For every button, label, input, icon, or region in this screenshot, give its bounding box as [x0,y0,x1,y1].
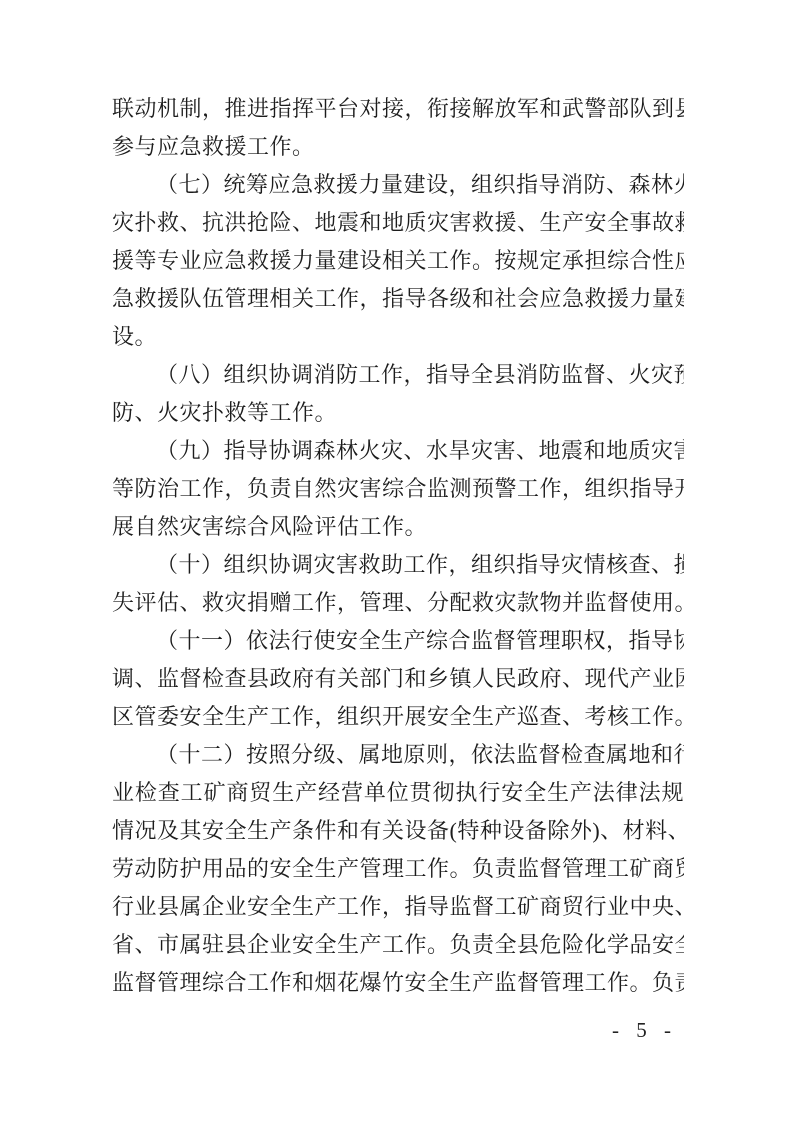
text-line: （九）指导协调森林火灾、水旱灾害、地震和地质灾害 [112,432,684,470]
text-line: 参与应急救援工作。 [112,128,684,166]
text-line: 劳动防护用品的安全生产管理工作。负责监督管理工矿商贸 [112,850,684,888]
text-line: 失评估、救灾捐赠工作，管理、分配救灾款物并监督使用。 [112,584,684,622]
text-line: 调、监督检查县政府有关部门和乡镇人民政府、现代产业园 [112,660,684,698]
text-line: （十）组织协调灾害救助工作，组织指导灾情核查、损 [112,546,684,584]
paragraph: 联动机制，推进指挥平台对接，衔接解放军和武警部队到县参与应急救援工作。 [112,90,684,166]
paragraph: （十二）按照分级、属地原则，依法监督检查属地和行业检查工矿商贸生产经营单位贯彻执… [112,736,684,1002]
paragraph: （八）组织协调消防工作，指导全县消防监督、火灾预防、火灾扑救等工作。 [112,356,684,432]
text-line: 灾扑救、抗洪抢险、地震和地质灾害救援、生产安全事故救 [112,204,684,242]
page-number: - 5 - [612,1018,677,1042]
text-line: 省、市属驻县企业安全生产工作。负责全县危险化学品安全 [112,926,684,964]
text-line: 监督管理综合工作和烟花爆竹安全生产监督管理工作。负责 [112,964,684,1002]
text-line: （七）统筹应急救援力量建设，组织指导消防、森林火 [112,166,684,204]
text-line: 援等专业应急救援力量建设相关工作。按规定承担综合性应 [112,242,684,280]
paragraph: （十）组织协调灾害救助工作，组织指导灾情核查、损失评估、救灾捐赠工作，管理、分配… [112,546,684,622]
text-line: 行业县属企业安全生产工作，指导监督工矿商贸行业中央、 [112,888,684,926]
text-line: 急救援队伍管理相关工作，指导各级和社会应急救援力量建 [112,280,684,318]
text-line: 区管委安全生产工作，组织开展安全生产巡查、考核工作。 [112,698,684,736]
page-footer: - 5 - [612,1014,677,1046]
text-line: 展自然灾害综合风险评估工作。 [112,508,684,546]
paragraph: （十一）依法行使安全生产综合监督管理职权，指导协调、监督检查县政府有关部门和乡镇… [112,622,684,736]
text-line: 防、火灾扑救等工作。 [112,394,684,432]
text-line: 情况及其安全生产条件和有关设备(特种设备除外)、材料、 [112,812,684,850]
text-line: （十一）依法行使安全生产综合监督管理职权，指导协 [112,622,684,660]
document-page: 联动机制，推进指挥平台对接，衔接解放军和武警部队到县参与应急救援工作。（七）统筹… [0,0,793,1122]
text-line: 业检查工矿商贸生产经营单位贯彻执行安全生产法律法规 [112,774,684,812]
text-line: （八）组织协调消防工作，指导全县消防监督、火灾预 [112,356,684,394]
text-line: 联动机制，推进指挥平台对接，衔接解放军和武警部队到县 [112,90,684,128]
text-line: （十二）按照分级、属地原则，依法监督检查属地和行 [112,736,684,774]
document-body: 联动机制，推进指挥平台对接，衔接解放军和武警部队到县参与应急救援工作。（七）统筹… [112,90,684,1002]
paragraph: （九）指导协调森林火灾、水旱灾害、地震和地质灾害等防治工作，负责自然灾害综合监测… [112,432,684,546]
text-line: 等防治工作，负责自然灾害综合监测预警工作，组织指导开 [112,470,684,508]
paragraph: （七）统筹应急救援力量建设，组织指导消防、森林火灾扑救、抗洪抢险、地震和地质灾害… [112,166,684,356]
text-line: 设。 [112,318,684,356]
